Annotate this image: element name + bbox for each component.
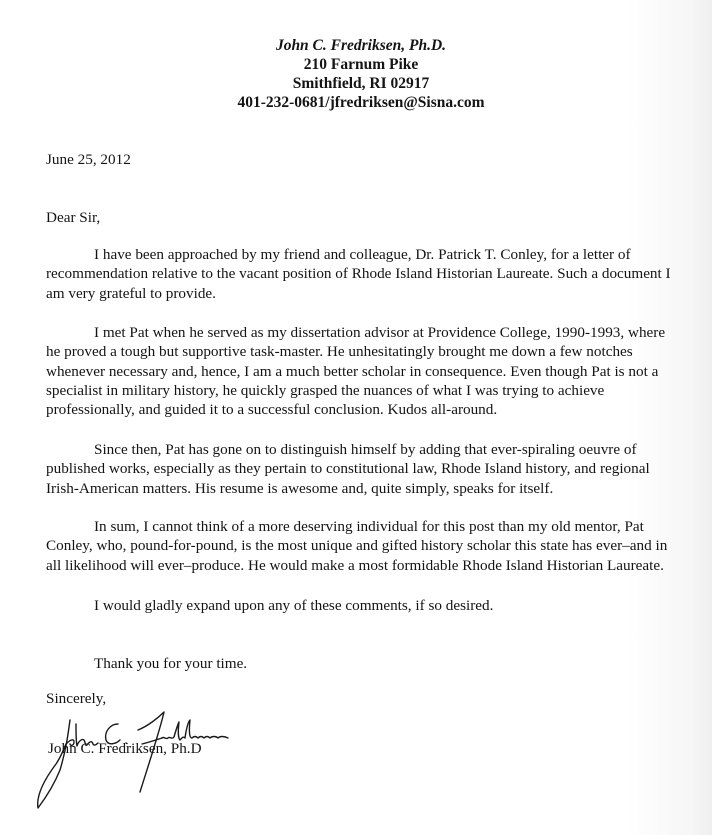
- letterhead: John C. Fredriksen, Ph.D. 210 Farnum Pik…: [0, 36, 712, 112]
- letter-date: June 25, 2012: [46, 150, 676, 169]
- letter-page: John C. Fredriksen, Ph.D. 210 Farnum Pik…: [0, 0, 712, 835]
- paragraph-intro: I have been approached by my friend and …: [46, 245, 676, 303]
- paragraph-summary: In sum, I cannot think of a more deservi…: [46, 517, 676, 575]
- signed-name: John C. Fredriksen, Ph.D: [48, 739, 678, 758]
- paragraph-offer: I would gladly expand upon any of these …: [46, 596, 676, 615]
- sender-street: 210 Farnum Pike: [10, 55, 712, 74]
- paragraph-advisor: I met Pat when he served as my dissertat…: [46, 323, 676, 419]
- paragraph-thanks: Thank you for your time.: [46, 654, 676, 673]
- salutation: Dear Sir,: [46, 208, 676, 227]
- paragraph-works: Since then, Pat has gone on to distingui…: [46, 440, 676, 498]
- sender-city: Smithfield, RI 02917: [10, 74, 712, 93]
- sender-contact: 401-232-0681/jfredriksen@Sisna.com: [10, 93, 712, 112]
- sender-name: John C. Fredriksen, Ph.D.: [10, 36, 712, 55]
